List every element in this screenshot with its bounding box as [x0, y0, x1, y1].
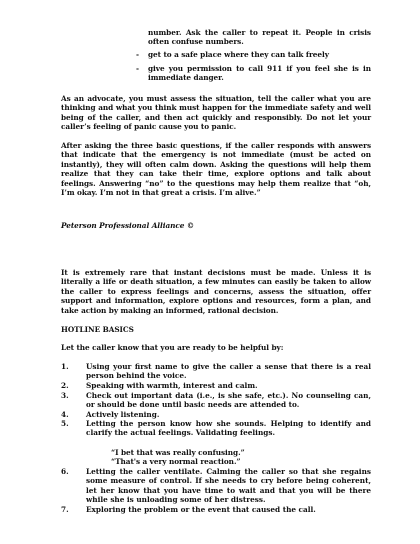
list-item: Using your first name to give the caller…	[86, 362, 371, 381]
list-item: Letting the caller ventilate. Calming th…	[86, 467, 371, 505]
list-number: 4.	[61, 410, 69, 419]
list-number: 6.	[61, 467, 69, 476]
dash-bullet: -	[136, 64, 139, 73]
list-number: 1.	[61, 362, 69, 371]
list-number: 7.	[61, 505, 69, 514]
dash-item: get to a safe place where they can talk …	[148, 50, 371, 59]
validation-quote: “That's a very normal reaction.”	[111, 457, 241, 466]
list-item: Letting the person know how she sounds. …	[86, 419, 371, 438]
section-heading: HOTLINE BASICS	[61, 325, 371, 334]
list-number: 5.	[61, 419, 69, 428]
list-item: Check out important data (i.e., is she s…	[86, 391, 371, 410]
list-item: Exploring the problem or the event that …	[86, 505, 371, 514]
list-number: 2.	[61, 381, 69, 390]
paragraph-advocate: As an advocate, you must assess the situ…	[61, 94, 371, 132]
continuation-text: number. Ask the caller to repeat it. Peo…	[148, 28, 371, 47]
document-page: number. Ask the caller to repeat it. Peo…	[0, 0, 420, 544]
dash-bullet: -	[136, 50, 139, 59]
paragraph-rare-decisions: It is extremely rare that instant decisi…	[61, 268, 371, 315]
list-number: 3.	[61, 391, 69, 400]
paragraph-after-questions: After asking the three basic questions, …	[61, 141, 371, 197]
copyright-notice: Peterson Professional Alliance ©	[61, 221, 371, 230]
list-item: Actively listening.	[86, 410, 371, 419]
list-item: Speaking with warmth, interest and calm.	[86, 381, 371, 390]
dash-item: give you permission to call 911 if you f…	[148, 64, 371, 83]
intro-text: Let the caller know that you are ready t…	[61, 343, 371, 352]
validation-quote: “I bet that was really confusing.”	[111, 448, 245, 457]
